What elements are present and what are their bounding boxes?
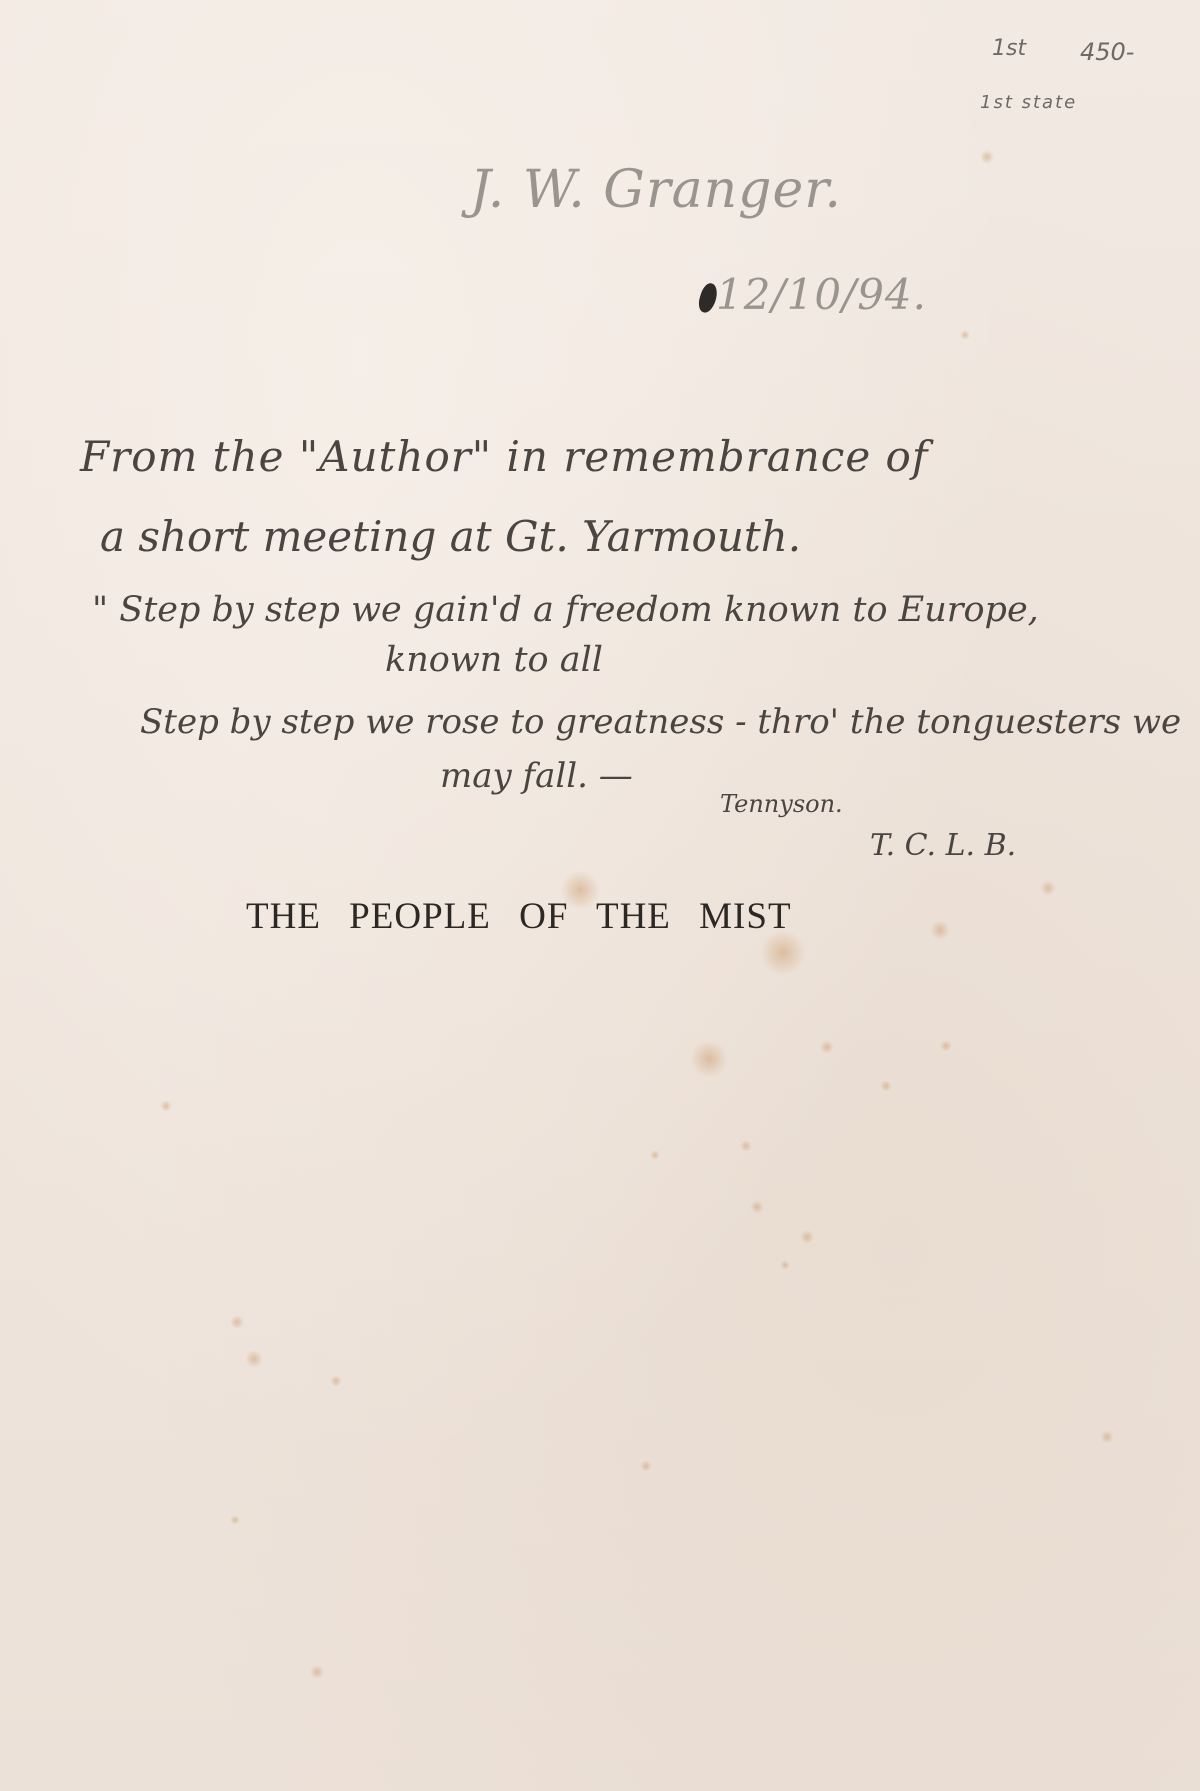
foxing-spot bbox=[230, 1315, 244, 1329]
quote-attribution: Tennyson. bbox=[720, 790, 843, 818]
book-page: 1st 450- 1st state J. W. Granger. 12/10/… bbox=[0, 0, 1200, 1791]
foxing-spot bbox=[1040, 880, 1056, 896]
corner-note-state: 1st state bbox=[980, 92, 1077, 113]
inscription-line-1: From the "Author" in remembrance of bbox=[80, 432, 928, 481]
inscription-line-2: a short meeting at Gt. Yarmouth. bbox=[100, 512, 801, 561]
corner-note-price: 450- bbox=[1080, 38, 1134, 66]
foxing-spot bbox=[750, 1200, 764, 1214]
quote-line-1: " Step by step we gain'd a freedom known… bbox=[92, 590, 1039, 630]
foxing-spot bbox=[245, 1350, 263, 1368]
corner-note-edition: 1st bbox=[992, 36, 1026, 61]
owner-signature-date: 12/10/94. bbox=[716, 270, 927, 319]
foxing-spot bbox=[690, 1040, 728, 1078]
inscriber-initials: T. C. L. B. bbox=[870, 828, 1016, 863]
foxing-spot bbox=[1100, 1430, 1114, 1444]
quote-line-2-continued: may fall. — bbox=[440, 756, 633, 796]
foxing-spot bbox=[160, 1100, 172, 1112]
foxing-spot bbox=[880, 1080, 892, 1092]
foxing-spot bbox=[740, 1140, 752, 1152]
quote-line-2: Step by step we rose to greatness - thro… bbox=[140, 702, 1181, 742]
foxing-spot bbox=[330, 1375, 342, 1387]
foxing-spot bbox=[930, 920, 950, 940]
foxing-spot bbox=[780, 1260, 790, 1270]
owner-signature: J. W. Granger. bbox=[470, 160, 842, 220]
foxing-spot bbox=[820, 1040, 834, 1054]
foxing-spot bbox=[650, 1150, 660, 1160]
foxing-spot bbox=[230, 1515, 240, 1525]
quote-line-1-continued: known to all bbox=[385, 640, 603, 680]
foxing-spot bbox=[800, 1230, 814, 1244]
foxing-spot bbox=[960, 330, 970, 340]
foxing-spot bbox=[310, 1665, 324, 1679]
foxing-spot bbox=[940, 1040, 952, 1052]
foxing-spot bbox=[980, 150, 994, 164]
foxing-spot bbox=[640, 1460, 652, 1472]
book-title: THE PEOPLE OF THE MIST bbox=[246, 895, 792, 938]
